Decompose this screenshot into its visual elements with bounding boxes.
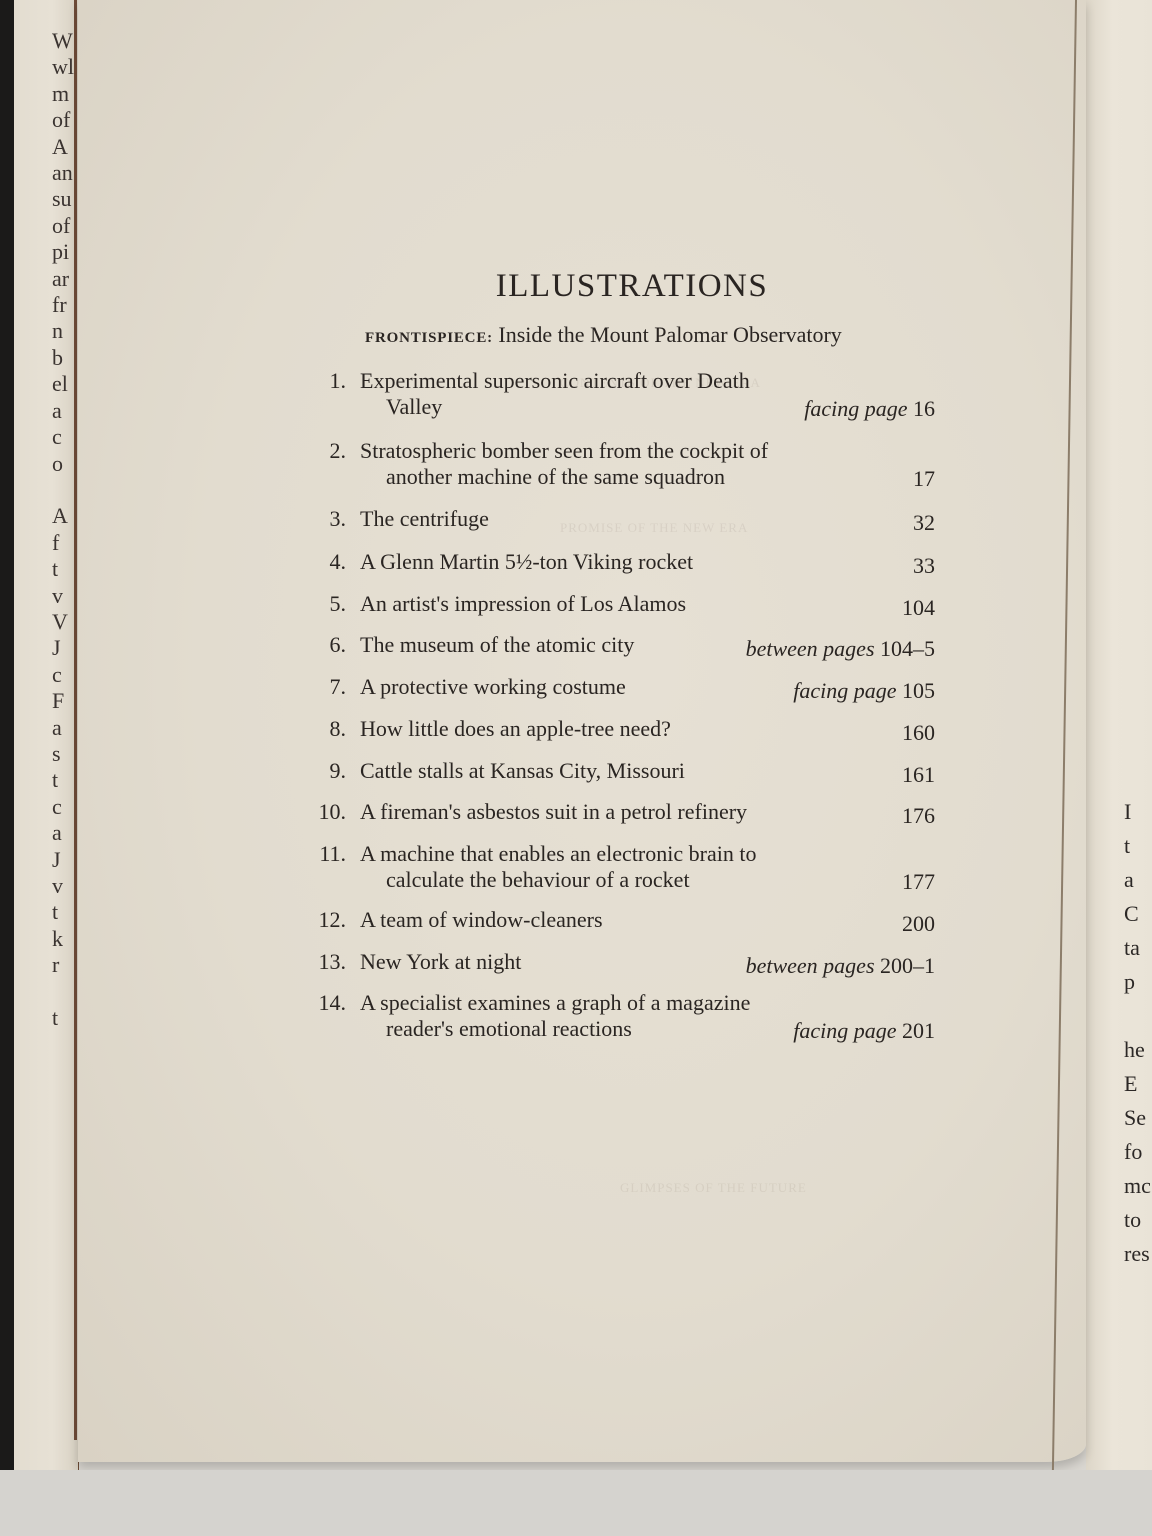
entry-page-ref: 104 [902, 595, 935, 621]
frontispiece-text: Inside the Mount Palomar Observatory [498, 322, 841, 347]
entry-number: 13. [319, 949, 347, 975]
entry-page-number: 200 [902, 911, 935, 936]
page-title: ILLUSTRATIONS [0, 268, 1152, 305]
right-facing-page [1086, 0, 1152, 1500]
entry-caption-line1: Cattle stalls at Kansas City, Missouri [360, 758, 685, 784]
entry-page-number: 160 [902, 720, 935, 745]
entry-number: 6. [330, 632, 347, 658]
entry-number: 2. [330, 438, 347, 464]
entry-caption-line1: A team of window-cleaners [360, 907, 603, 933]
show-through-text: GLIMPSES OF THE FUTURE [620, 1180, 807, 1196]
entry-caption-line1: A Glenn Martin 5½-ton Viking rocket [360, 549, 693, 575]
entry-caption-line2: Valley [386, 394, 442, 420]
entry-number: 1. [330, 368, 347, 394]
entry-number: 4. [330, 549, 347, 575]
entry-number: 3. [330, 506, 347, 532]
entry-number: 10. [319, 799, 347, 825]
entry-number: 5. [330, 591, 347, 617]
entry-caption-line1: Stratospheric bomber seen from the cockp… [360, 438, 768, 464]
right-page-text: I t a C ta p he E Se fo mc to res [1124, 795, 1152, 1271]
entry-page-ref: facing page 16 [804, 396, 935, 422]
entry-page-ref: 177 [902, 869, 935, 895]
entry-caption-line1: A fireman's asbestos suit in a petrol re… [360, 799, 747, 825]
entry-caption-line1: Experimental supersonic aircraft over De… [360, 368, 750, 394]
show-through-text: PROMISE OF THE NEW ERA [560, 520, 748, 536]
entry-page-ref: 161 [902, 762, 935, 788]
entry-page-number: 33 [913, 553, 935, 578]
entry-page-prefix: between pages [746, 953, 875, 978]
spine-edge [74, 0, 77, 1440]
entry-number: 9. [330, 758, 347, 784]
entry-caption-line1: A machine that enables an electronic bra… [360, 841, 756, 867]
entry-page-number: 161 [902, 762, 935, 787]
entry-page-number: 17 [913, 466, 935, 491]
entry-page-prefix: facing page [793, 678, 896, 703]
entry-number: 14. [319, 990, 347, 1016]
entry-page-number: 105 [902, 678, 935, 703]
entry-page-ref: 32 [913, 510, 935, 536]
entry-page-ref: 200 [902, 911, 935, 937]
entry-page-number: 177 [902, 869, 935, 894]
entry-page-number: 200–1 [880, 953, 935, 978]
entry-page-ref: between pages 104–5 [746, 636, 935, 662]
entry-page-ref: between pages 200–1 [746, 953, 935, 979]
entry-page-number: 104–5 [880, 636, 935, 661]
entry-page-number: 32 [913, 510, 935, 535]
entry-caption-line2: reader's emotional reactions [386, 1016, 632, 1042]
entry-page-prefix: facing page [804, 396, 907, 421]
entry-page-ref: 160 [902, 720, 935, 746]
entry-caption-line1: How little does an apple-tree need? [360, 716, 671, 742]
entry-caption-line1: The museum of the atomic city [360, 632, 634, 658]
entry-page-number: 104 [902, 595, 935, 620]
entry-page-prefix: between pages [746, 636, 875, 661]
entry-number: 7. [330, 674, 347, 700]
entry-page-ref: 33 [913, 553, 935, 579]
entry-caption-line1: New York at night [360, 949, 521, 975]
entry-page-ref: facing page 201 [793, 1018, 935, 1044]
entry-number: 8. [330, 716, 347, 742]
frontispiece-label: FRONTISPIECE: [365, 330, 493, 346]
entry-page-prefix: facing page [793, 1018, 896, 1043]
entry-caption-line1: A protective working costume [360, 674, 626, 700]
entry-page-ref: facing page 105 [793, 678, 935, 704]
entry-caption-line2: calculate the behaviour of a rocket [386, 867, 690, 893]
entry-caption-line1: The centrifuge [360, 506, 489, 532]
entry-caption-line1: An artist's impression of Los Alamos [360, 591, 686, 617]
frontispiece-entry: FRONTISPIECE: Inside the Mount Palomar O… [365, 322, 842, 348]
entry-page-number: 16 [913, 396, 935, 421]
entry-page-ref: 176 [902, 803, 935, 829]
entry-page-number: 176 [902, 803, 935, 828]
entry-number: 11. [319, 841, 346, 867]
entry-number: 12. [319, 907, 347, 933]
entry-caption-line1: A specialist examines a graph of a magaz… [360, 990, 750, 1016]
entry-caption-line2: another machine of the same squadron [386, 464, 725, 490]
entry-page-number: 201 [902, 1018, 935, 1043]
entry-page-ref: 17 [913, 466, 935, 492]
table-surface [0, 1470, 1152, 1536]
